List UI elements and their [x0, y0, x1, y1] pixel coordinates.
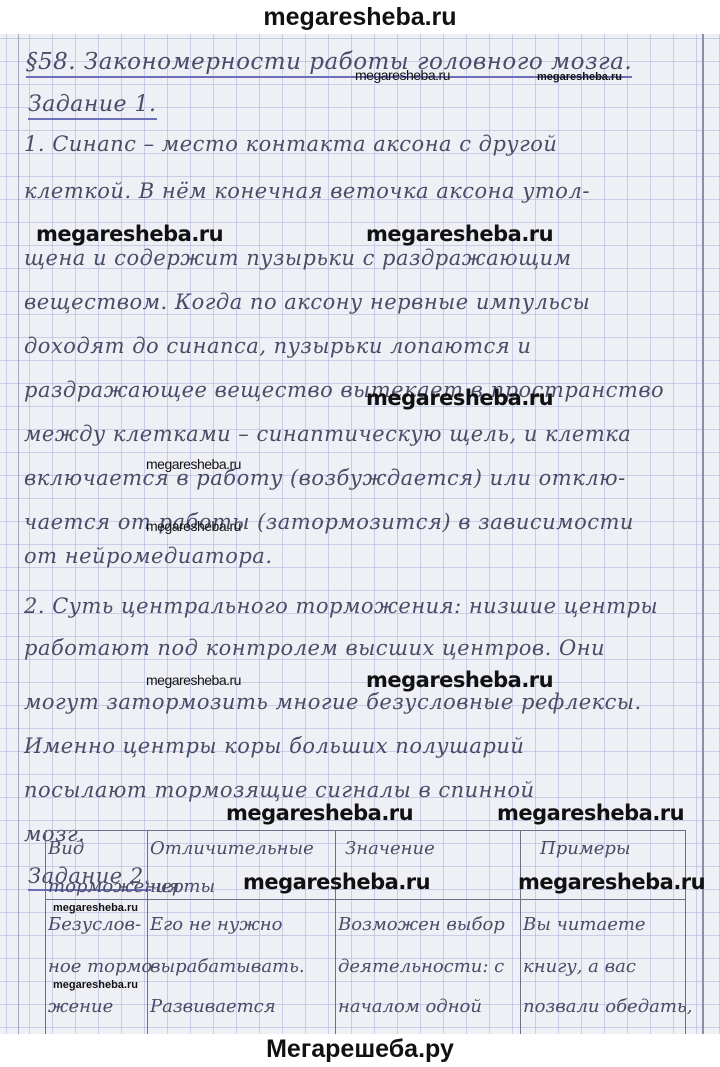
- left-margin-line: [18, 34, 19, 1034]
- watermark: megaresheba.ru: [366, 222, 553, 246]
- watermark: megaresheba.ru: [243, 870, 430, 894]
- table-cell: Безуслов-: [48, 914, 141, 935]
- watermark: megaresheba.ru: [53, 979, 138, 991]
- table-cell: ное тормо-: [48, 956, 158, 977]
- table-cell: Его не нужно: [150, 914, 282, 935]
- watermark: megaresheba.ru: [366, 668, 553, 692]
- table-cell: Вы читаете: [523, 914, 646, 935]
- watermark: megaresheba.ru: [36, 222, 223, 246]
- text-line: Именно центры коры больших полушарий: [24, 734, 524, 758]
- text-line: доходят до синапса, пузырьки лопаются и: [24, 334, 531, 358]
- table-cell: началом одной: [338, 996, 482, 1017]
- watermark: megaresheba.ru: [518, 870, 705, 894]
- table-cell: вырабатывать.: [150, 956, 305, 977]
- table-cell: деятельности: с: [338, 956, 504, 977]
- watermark: megaresheba.ru: [497, 801, 684, 825]
- site-banner-top: megaresheba.ru: [0, 0, 720, 34]
- text-line: 1. Синапс – место контакта аксона с друг…: [24, 132, 557, 156]
- watermark: megaresheba.ru: [146, 518, 241, 534]
- table-border: [45, 830, 685, 831]
- table-cell: книгу, а вас: [523, 956, 636, 977]
- text-line: щена и содержит пузырьки с раздражающим: [24, 246, 572, 270]
- table-border: [45, 830, 46, 1034]
- text-line: от нейромедиатора.: [24, 544, 273, 568]
- text-line: веществом. Когда по аксону нервные импул…: [24, 290, 590, 314]
- task1-heading: Задание 1.: [28, 92, 157, 120]
- site-banner-bottom: Мегарешеба.ру: [0, 1034, 720, 1067]
- table-header-cell: Вид: [48, 838, 84, 859]
- watermark: megaresheba.ru: [366, 386, 553, 410]
- text-line: работают под контролем высших центров. О…: [24, 636, 605, 660]
- table-header-cell: черты: [150, 876, 215, 897]
- text-line: между клетками – синаптическую щель, и к…: [24, 422, 631, 446]
- text-line: посылают тормозящие сигналы в спинной: [24, 778, 535, 802]
- watermark: megaresheba.ru: [226, 801, 413, 825]
- text-line: 2. Суть центрального торможения: низшие …: [24, 594, 658, 618]
- table-border: [45, 899, 685, 900]
- watermark: megaresheba.ru: [355, 67, 450, 83]
- table-header-cell: Значение: [345, 838, 435, 859]
- table-cell: Возможен выбор: [338, 914, 505, 935]
- text-line: чается от работы (затормозится) в зависи…: [24, 510, 634, 534]
- table-cell: жение: [48, 996, 113, 1017]
- table-cell: позвали обедать,: [523, 996, 692, 1017]
- text-line: клеткой. В нём конечная веточка аксона у…: [24, 179, 590, 203]
- table-header-cell: Примеры: [540, 838, 631, 859]
- table-border: [335, 830, 336, 1034]
- table-cell: Развивается: [150, 996, 276, 1017]
- text-line: могут затормозить многие безусловные реф…: [24, 690, 642, 714]
- watermark: megaresheba.ru: [53, 902, 138, 914]
- table-border: [147, 830, 148, 1034]
- watermark: megaresheba.ru: [146, 672, 241, 688]
- text-line: раздражающее вещество вытекает в простра…: [24, 378, 664, 402]
- table-border: [520, 830, 521, 1034]
- watermark: megaresheba.ru: [537, 71, 622, 83]
- table-header-cell: Отличительные: [150, 838, 314, 859]
- notebook-page: §58. Закономерности работы головного моз…: [0, 34, 720, 1034]
- text-line: включается в работу (возбуждается) или о…: [24, 466, 626, 490]
